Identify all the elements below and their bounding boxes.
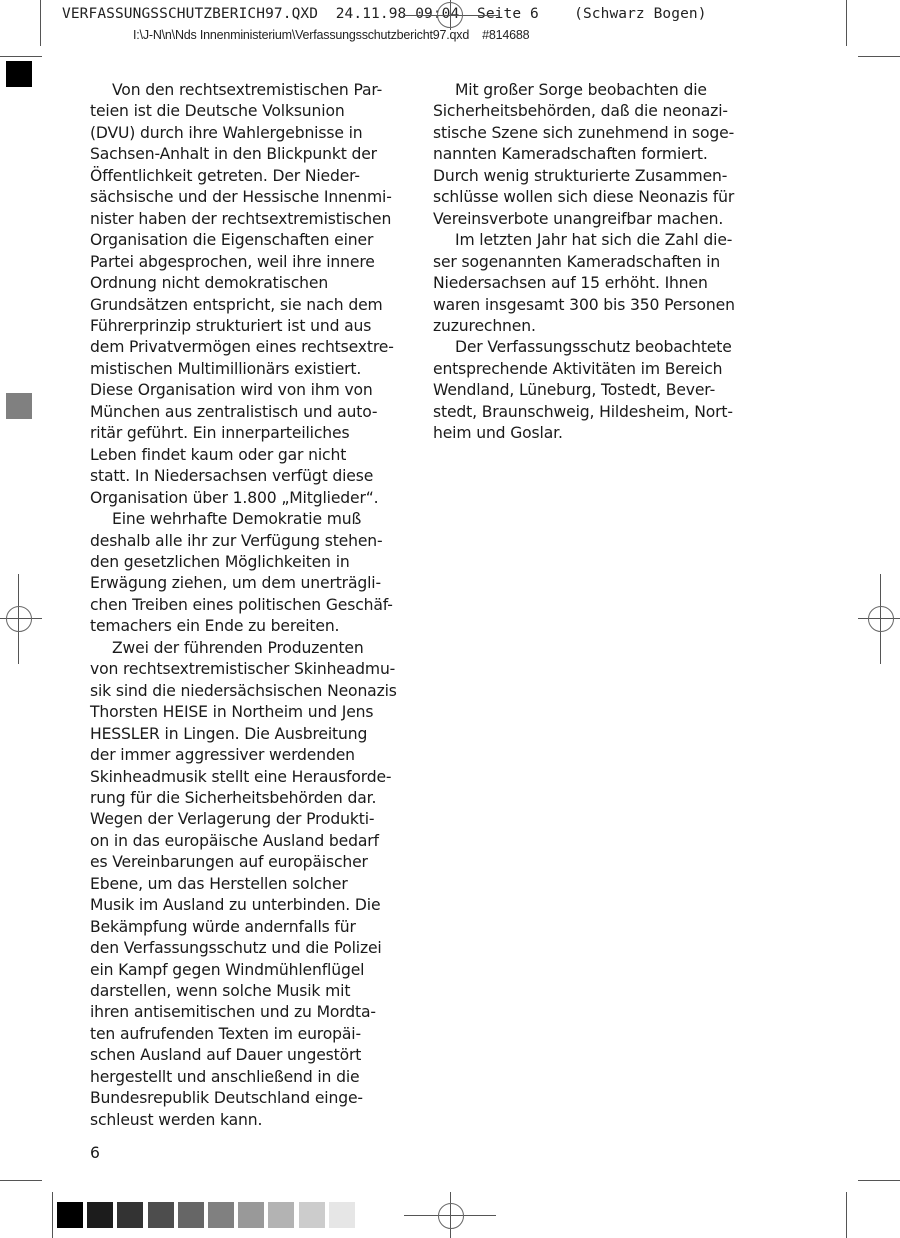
text-line: rung für die Sicherheitsbehörden dar. — [90, 788, 395, 809]
text-line: Bundesrepublik Deutschland einge- — [90, 1088, 395, 1109]
text-line: chen Treiben eines politischen Geschäf- — [90, 595, 395, 616]
paragraph-kameradschaften: Mit großer Sorge beobachten die Sicherhe… — [433, 80, 738, 230]
text-line: Niedersachsen auf 15 erhöht. Ihnen — [433, 273, 738, 294]
crop-mark-bottom-left-h — [0, 1180, 42, 1181]
crop-mark-bottom-right-h — [858, 1180, 900, 1181]
swatch-10 — [329, 1202, 355, 1228]
text-line: dem Privatvermögen eines rechtsextre- — [90, 337, 395, 358]
crop-mark-top-right-v — [846, 0, 847, 46]
crop-mark-top-left-v — [40, 0, 41, 46]
text-line: (DVU) durch ihre Wahlergebnisse in — [90, 123, 395, 144]
text-line: Ordnung nicht demokratischen — [90, 273, 395, 294]
text-line: sik sind die niedersächsischen Neonazis — [90, 681, 395, 702]
text-line: Grundsätzen entspricht, sie nach dem — [90, 295, 395, 316]
crop-mark-top-left-h — [0, 56, 42, 57]
swatch-50 — [208, 1202, 234, 1228]
text-line: ser sogenannten Kameradschaften in — [433, 252, 738, 273]
text-line: Bekämpfung würde andernfalls für — [90, 917, 395, 938]
text-line: Mit großer Sorge beobachten die — [433, 80, 738, 101]
text-line: Der Verfassungsschutz beobachtete — [433, 337, 738, 358]
text-line: Erwägung ziehen, um dem unerträgli- — [90, 573, 395, 594]
text-line: Diese Organisation wird von ihm von — [90, 380, 395, 401]
text-line: von rechtsextremistischer Skinheadmu- — [90, 659, 395, 680]
text-line: Führerprinzip strukturiert ist und aus — [90, 316, 395, 337]
swatch-70 — [148, 1202, 174, 1228]
text-line: Eine wehrhafte Demokratie muß — [90, 509, 395, 530]
left-text-column: Von den rechtsextremistischen Par- teien… — [90, 80, 395, 1131]
right-text-column: Mit großer Sorge beobachten die Sicherhe… — [433, 80, 738, 445]
crop-mark-bottom-left-v — [52, 1192, 53, 1238]
text-line: Musik im Ausland zu unterbinden. Die — [90, 895, 395, 916]
text-line: zuzurechnen. — [433, 316, 738, 337]
text-line: schleust werden kann. — [90, 1110, 395, 1131]
print-slug: VERFASSUNGSSCHUTZBERICH97.QXD 24.11.98 0… — [62, 6, 707, 22]
text-line: entsprechende Aktivitäten im Bereich — [433, 359, 738, 380]
text-line: Organisation die Eigenschaften einer — [90, 230, 395, 251]
text-line: deshalb alle ihr zur Verfügung stehen- — [90, 531, 395, 552]
text-line: Wegen der Verlagerung der Produkti- — [90, 809, 395, 830]
text-line: nannten Kameradschaften formiert. — [433, 144, 738, 165]
text-line: heim und Goslar. — [433, 423, 738, 444]
text-line: on in das europäische Ausland bedarf — [90, 831, 395, 852]
text-line: Vereinsverbote unangreifbar machen. — [433, 209, 738, 230]
text-line: den Verfassungsschutz und die Polizei — [90, 938, 395, 959]
text-line: Wendland, Lüneburg, Tostedt, Bever- — [433, 380, 738, 401]
swatch-30 — [268, 1202, 294, 1228]
text-line: sächsische und der Hessische Innenmi- — [90, 187, 395, 208]
swatch-100 — [57, 1202, 83, 1228]
swatch-80 — [117, 1202, 143, 1228]
text-line: Leben findet kaum oder gar nicht — [90, 445, 395, 466]
swatch-20 — [299, 1202, 325, 1228]
text-line: ein Kampf gegen Windmühlenflügel — [90, 960, 395, 981]
paragraph-skinhead-music: Zwei der führenden Produzenten von recht… — [90, 638, 395, 1131]
text-line: Im letzten Jahr hat sich die Zahl die- — [433, 230, 738, 251]
text-line: stische Szene sich zunehmend in soge- — [433, 123, 738, 144]
text-line: München aus zentralistisch und auto- — [90, 402, 395, 423]
text-line: Ebene, um das Herstellen solcher — [90, 874, 395, 895]
text-line: darstellen, wenn solche Musik mit — [90, 981, 395, 1002]
text-line: stedt, Braunschweig, Hildesheim, Nort- — [433, 402, 738, 423]
text-line: waren insgesamt 300 bis 350 Personen — [433, 295, 738, 316]
text-line: Sicherheitsbehörden, daß die neonazi- — [433, 101, 738, 122]
paragraph-democracy: Eine wehrhafte Demokratie muß deshalb al… — [90, 509, 395, 638]
text-line: es Vereinbarungen auf europäischer — [90, 852, 395, 873]
text-line: Zwei der führenden Produzenten — [90, 638, 395, 659]
text-line: Sachsen-Anhalt in den Blickpunkt der — [90, 144, 395, 165]
text-line: temachers ein Ende zu bereiten. — [90, 616, 395, 637]
text-line: schlüsse wollen sich diese Neonazis für — [433, 187, 738, 208]
swatch-60 — [178, 1202, 204, 1228]
text-line: Partei abgesprochen, weil ihre innere — [90, 252, 395, 273]
text-line: ten aufrufenden Texten im europäi- — [90, 1024, 395, 1045]
swatch-40 — [238, 1202, 264, 1228]
paragraph-regions: Der Verfassungsschutz beobachtete entspr… — [433, 337, 738, 444]
text-line: HESSLER in Lingen. Die Ausbreitung — [90, 724, 395, 745]
text-line: Skinheadmusik stellt eine Herausforde- — [90, 767, 395, 788]
text-line: Durch wenig strukturierte Zusammen- — [433, 166, 738, 187]
text-line: statt. In Niedersachsen verfügt diese — [90, 466, 395, 487]
paragraph-dvu: Von den rechtsextremistischen Par- teien… — [90, 80, 395, 509]
text-line: teien ist die Deutsche Volksunion — [90, 101, 395, 122]
text-line: ihren antisemitischen und zu Mordta- — [90, 1002, 395, 1023]
text-line: Von den rechtsextremistischen Par- — [90, 80, 395, 101]
crop-mark-bottom-right-v — [846, 1192, 847, 1238]
crop-mark-top-right-h — [858, 56, 900, 57]
text-line: den gesetzlichen Möglichkeiten in — [90, 552, 395, 573]
text-line: mistischen Multimillionärs existiert. — [90, 359, 395, 380]
page-number: 6 — [90, 1144, 100, 1162]
text-line: hergestellt und anschließend in die — [90, 1067, 395, 1088]
gray-marker-square — [6, 393, 32, 419]
text-line: Organisation über 1.800 „Mitglieder“. — [90, 488, 395, 509]
text-line: nister haben der rechtsextremistischen — [90, 209, 395, 230]
text-line: der immer aggressiver werdenden — [90, 745, 395, 766]
black-marker-square — [6, 61, 32, 87]
text-line: Öffentlichkeit getreten. Der Nieder- — [90, 166, 395, 187]
text-line: schen Ausland auf Dauer ungestört — [90, 1045, 395, 1066]
paragraph-count: Im letzten Jahr hat sich die Zahl die- s… — [433, 230, 738, 337]
file-path: I:\J-N\n\Nds Innenministerium\Verfassung… — [133, 28, 529, 42]
swatch-90 — [87, 1202, 113, 1228]
text-line: ritär geführt. Ein innerparteiliches — [90, 423, 395, 444]
text-line: Thorsten HEISE in Northeim und Jens — [90, 702, 395, 723]
